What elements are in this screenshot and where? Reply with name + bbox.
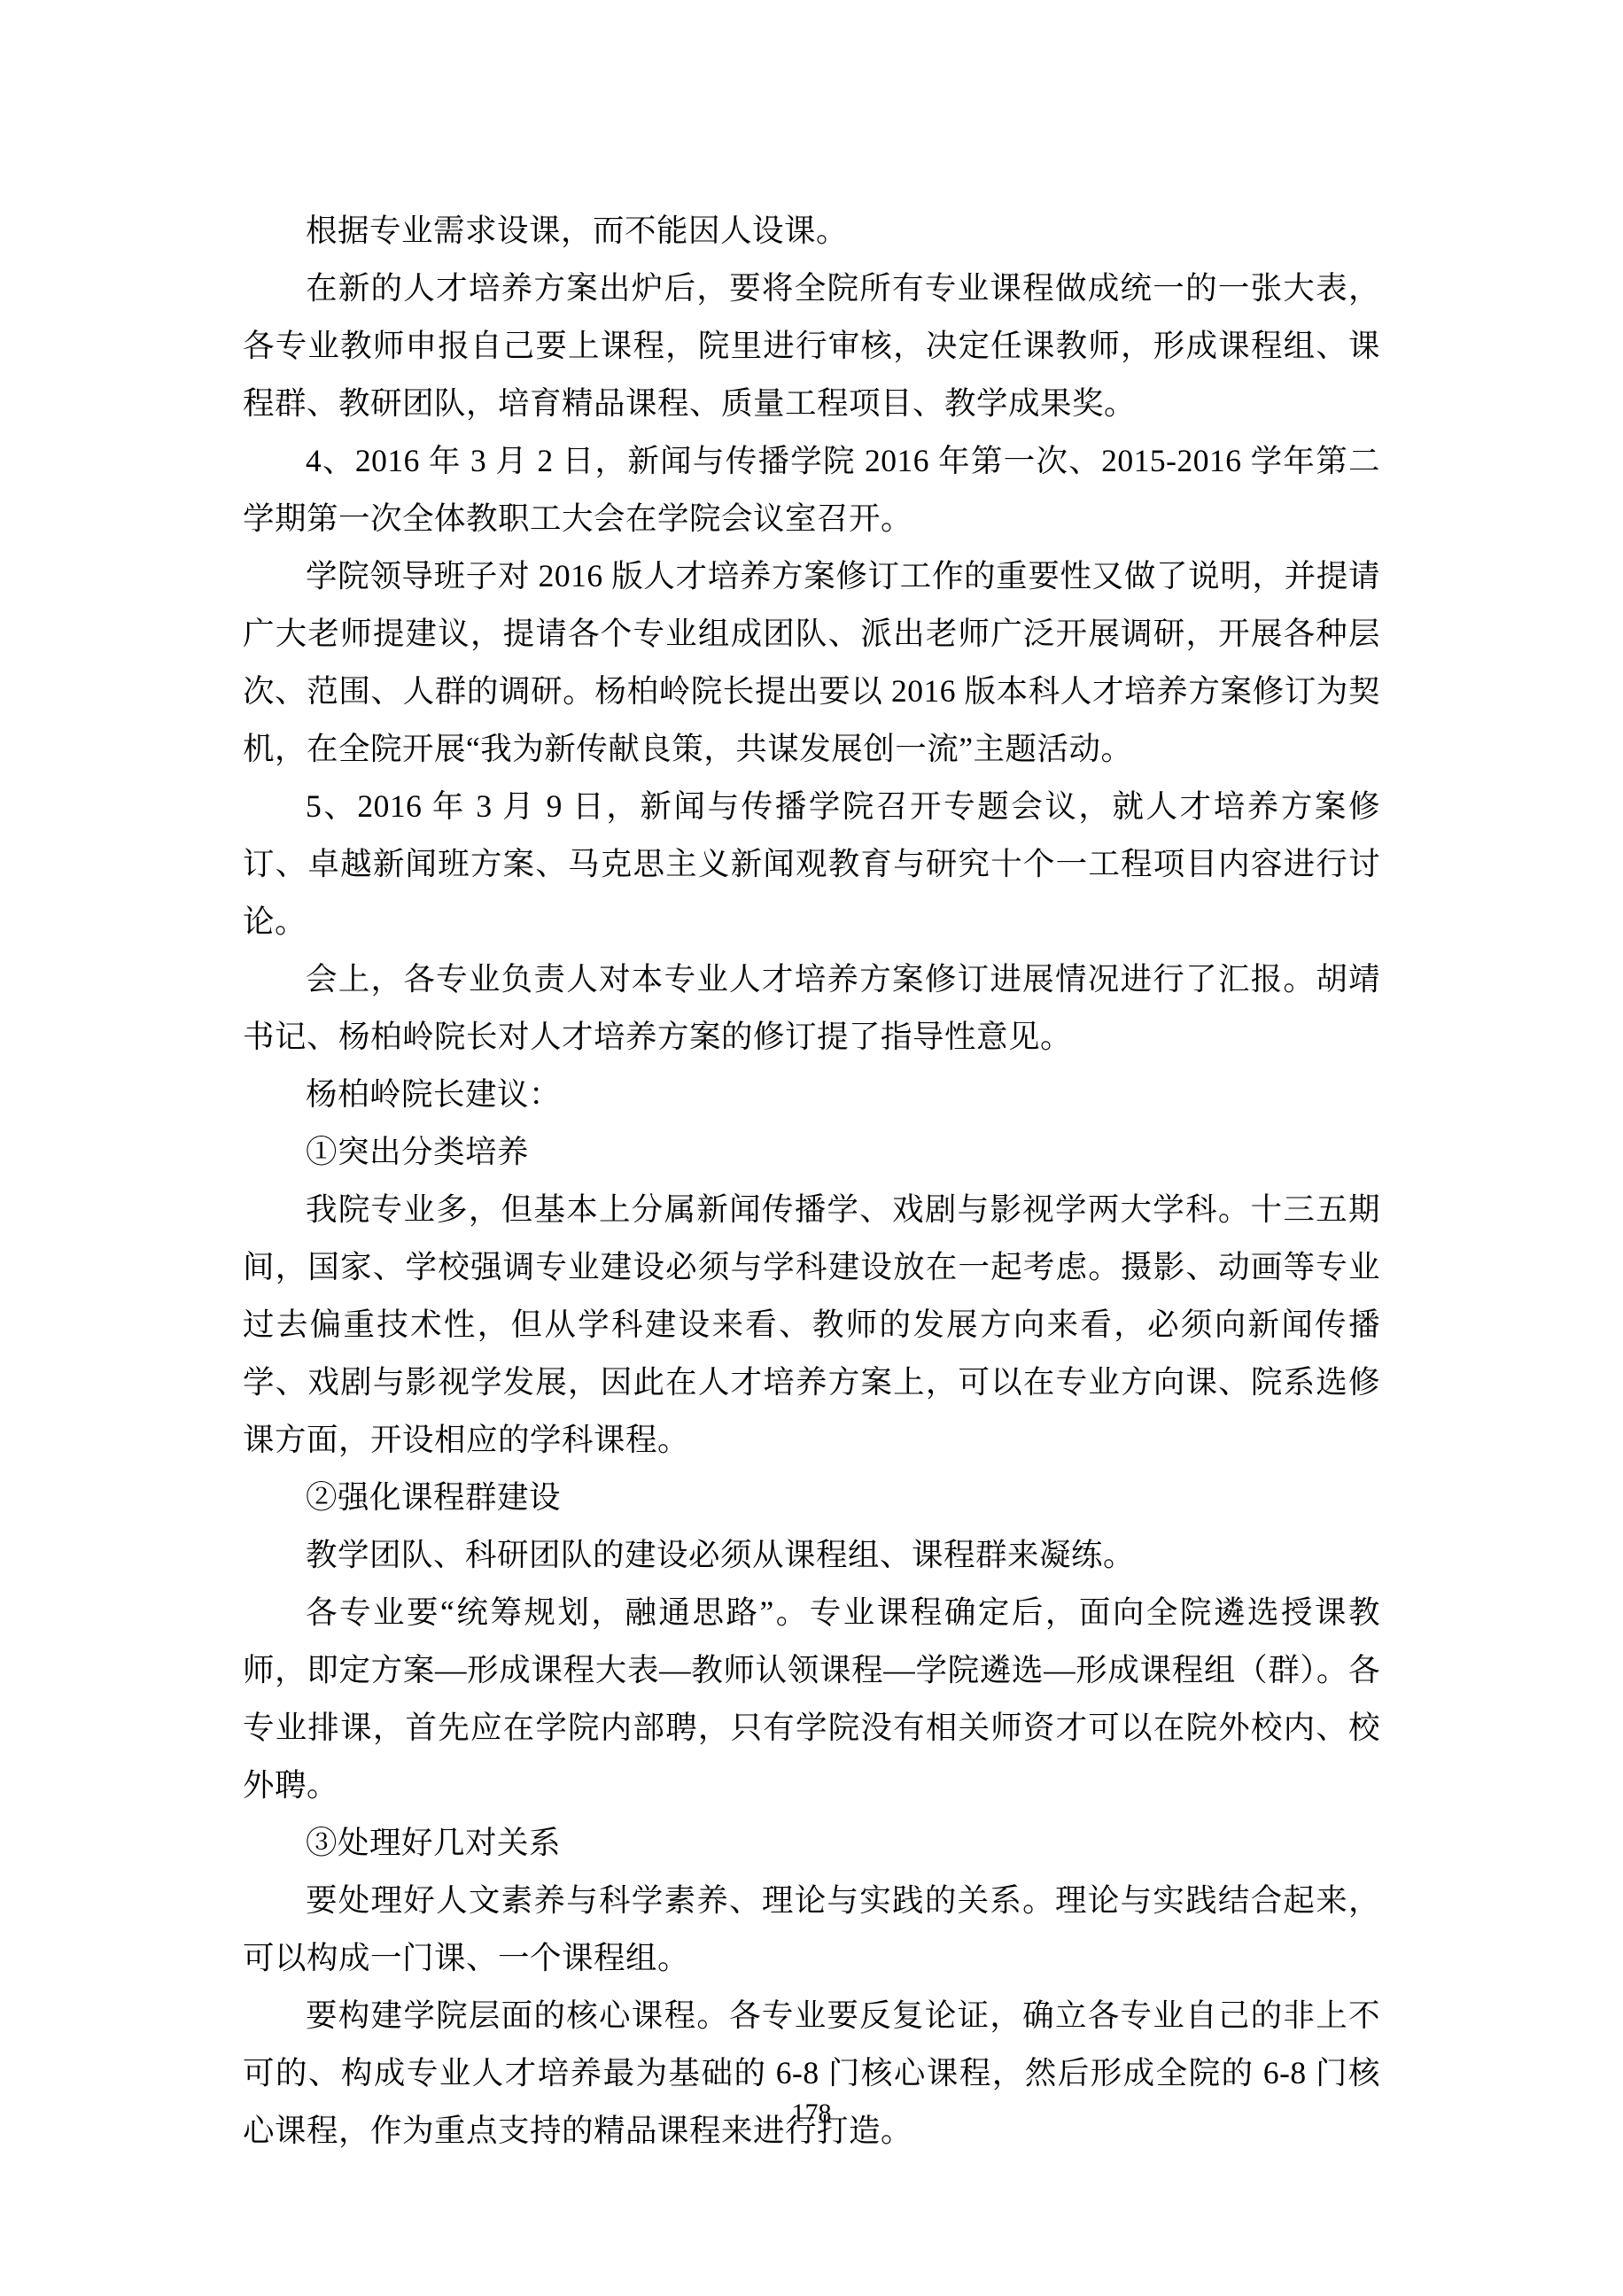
paragraph: 要处理好人文素养与科学素养、理论与实践的关系。理论与实践结合起来，可以构成一门课… bbox=[243, 1872, 1380, 1987]
document-body: 根据专业需求设课，而不能因人设课。 在新的人才培养方案出炉后，要将全院所有专业课… bbox=[243, 202, 1380, 2160]
paragraph: 在新的人才培养方案出炉后，要将全院所有专业课程做成统一的一张大表，各专业教师申报… bbox=[243, 260, 1380, 432]
paragraph: 会上，各专业负责人对本专业人才培养方案修订进展情况进行了汇报。胡靖书记、杨柏岭院… bbox=[243, 950, 1380, 1066]
paragraph: ③处理好几对关系 bbox=[243, 1814, 1380, 1872]
paragraph: 我院专业多，但基本上分属新闻传播学、戏剧与影视学两大学科。十三五期间，国家、学校… bbox=[243, 1181, 1380, 1469]
page-number: 178 bbox=[0, 2098, 1623, 2129]
paragraph: 教学团队、科研团队的建设必须从课程组、课程群来凝练。 bbox=[243, 1526, 1380, 1584]
paragraph: 学院领导班子对 2016 版人才培养方案修订工作的重要性又做了说明，并提请广大老… bbox=[243, 547, 1380, 778]
paragraph: 4、2016 年 3 月 2 日，新闻与传播学院 2016 年第一次、2015-… bbox=[243, 432, 1380, 547]
paragraph: 各专业要“统筹规划，融通思路”。专业课程确定后，面向全院遴选授课教师，即定方案—… bbox=[243, 1584, 1380, 1814]
paragraph: ①突出分类培养 bbox=[243, 1123, 1380, 1181]
paragraph: 要构建学院层面的核心课程。各专业要反复论证，确立各专业自己的非上不可的、构成专业… bbox=[243, 1987, 1380, 2160]
paragraph: 根据专业需求设课，而不能因人设课。 bbox=[243, 202, 1380, 260]
paragraph: ②强化课程群建设 bbox=[243, 1469, 1380, 1526]
paragraph: 杨柏岭院长建议： bbox=[243, 1066, 1380, 1123]
document-page: 根据专业需求设课，而不能因人设课。 在新的人才培养方案出炉后，要将全院所有专业课… bbox=[0, 0, 1623, 2296]
paragraph: 5、2016 年 3 月 9 日，新闻与传播学院召开专题会议，就人才培养方案修订… bbox=[243, 778, 1380, 950]
